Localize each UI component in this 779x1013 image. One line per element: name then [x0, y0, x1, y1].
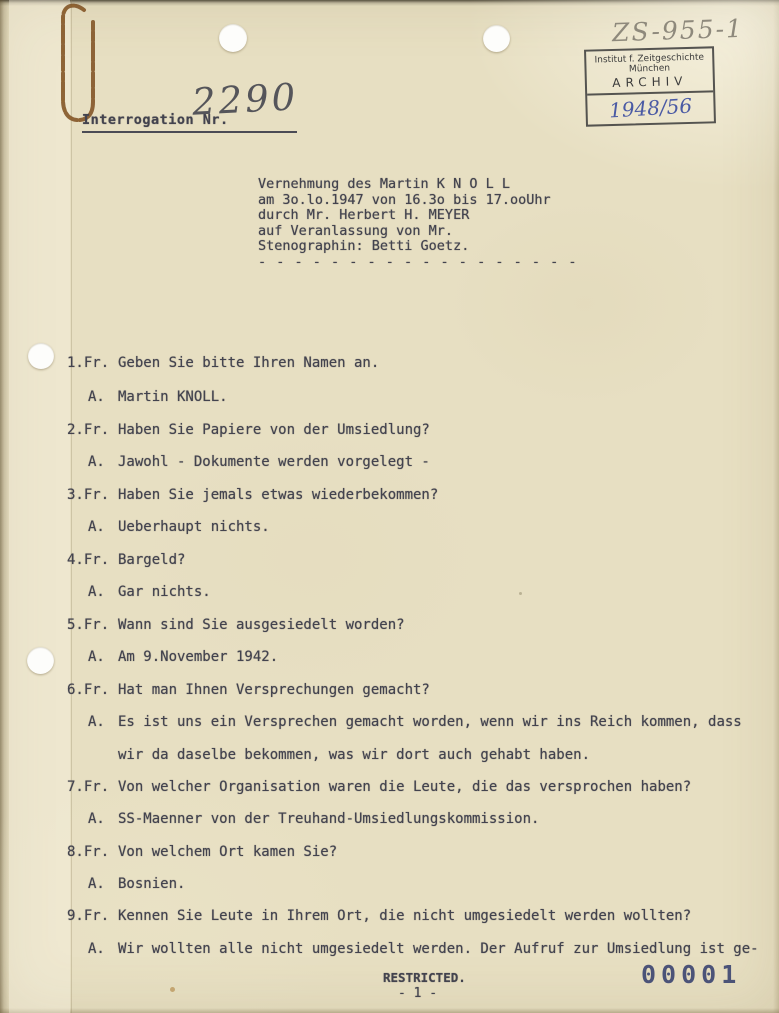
answer-label: A. [88, 941, 105, 957]
answer-label: A. [88, 389, 105, 405]
answer-label: A. [88, 649, 105, 665]
punch-hole-top-left [219, 24, 247, 52]
answer-line: A. Martin KNOLL. [0, 389, 779, 407]
question-text: Haben Sie jemals etwas wiederbekommen? [118, 487, 438, 503]
answer-label: A. [88, 714, 105, 730]
answer-line: A. Jawohl - Dokumente werden vorgelegt - [0, 454, 779, 472]
question-text: Wann sind Sie ausgesiedelt worden? [118, 617, 405, 633]
pencil-archive-code: ZS-955-1 [612, 14, 745, 48]
answer-text: Martin KNOLL. [118, 389, 228, 405]
answer-line: A. Am 9.November 1942. [0, 649, 779, 667]
header-line: Stenographin: Betti Goetz. [258, 239, 577, 255]
answer-line: A. SS-Maenner von der Treuhand-Umsiedlun… [0, 811, 779, 829]
archive-stamp: Institut f. Zeitgeschichte München ARCHI… [584, 46, 716, 126]
answer-label: A. [88, 811, 105, 827]
answer-line: A. Gar nichts. [0, 584, 779, 602]
question-line: 6.Fr. Hat man Ihnen Versprechungen gemac… [0, 682, 779, 700]
answer-continuation-line: wir da daselbe bekommen, was wir dort au… [0, 747, 779, 765]
answer-line: A. Wir wollten alle nicht umgesiedelt we… [0, 941, 779, 959]
header-line: Vernehmung des Martin K N O L L [258, 177, 577, 193]
header-separator: - - - - - - - - - - - - - - - - - - [258, 255, 577, 271]
scanned-document-page: ZS-955-1 Institut f. Zeitgeschichte Münc… [0, 0, 779, 1013]
question-number: 7.Fr. [67, 779, 109, 795]
question-number: 2.Fr. [67, 422, 109, 438]
question-number: 8.Fr. [67, 844, 109, 860]
header-block: Vernehmung des Martin K N O L L am 3o.lo… [258, 177, 577, 271]
bates-stamp-number: 00001 [641, 960, 741, 989]
answer-line: A. Bosnien. [0, 876, 779, 894]
paperclip-rust-mark [50, 0, 100, 128]
answer-text: wir da daselbe bekommen, was wir dort au… [118, 747, 590, 763]
question-text: Bargeld? [118, 552, 185, 568]
question-number: 9.Fr. [67, 908, 109, 924]
question-line: 3.Fr. Haben Sie jemals etwas wiederbekom… [0, 487, 779, 505]
question-number: 4.Fr. [67, 552, 109, 568]
answer-label: A. [88, 876, 105, 892]
answer-text: Es ist uns ein Versprechen gemacht worde… [118, 714, 742, 730]
question-line: 7.Fr. Von welcher Organisation waren die… [0, 779, 779, 797]
question-line: 4.Fr. Bargeld? [0, 552, 779, 570]
question-line: 5.Fr. Wann sind Sie ausgesiedelt worden? [0, 617, 779, 635]
question-number: 1.Fr. [67, 355, 109, 371]
stamp-handwritten-number: 1948/56 [587, 90, 715, 127]
header-line: durch Mr. Herbert H. MEYER [258, 208, 577, 224]
question-number: 3.Fr. [67, 487, 109, 503]
question-text: Von welcher Organisation waren die Leute… [118, 779, 691, 795]
answer-text: SS-Maenner von der Treuhand-Umsiedlungsk… [118, 811, 539, 827]
question-number: 6.Fr. [67, 682, 109, 698]
handwritten-interrogation-number: 2290 [191, 75, 299, 123]
answer-label: A. [88, 584, 105, 600]
question-line: 8.Fr. Von welchem Ort kamen Sie? [0, 844, 779, 862]
answer-text: Wir wollten alle nicht umgesiedelt werde… [118, 941, 759, 957]
paper-speckle [519, 592, 522, 595]
question-text: Kennen Sie Leute in Ihrem Ort, die nicht… [118, 908, 691, 924]
question-text: Von welchem Ort kamen Sie? [118, 844, 337, 860]
page-number: - 1 - [398, 986, 437, 1001]
paper-speckle [170, 987, 175, 992]
question-text: Haben Sie Papiere von der Umsiedlung? [118, 422, 430, 438]
answer-line: A. Ueberhaupt nichts. [0, 519, 779, 537]
answer-text: Am 9.November 1942. [118, 649, 278, 665]
answer-label: A. [88, 454, 105, 470]
answer-text: Jawohl - Dokumente werden vorgelegt - [118, 454, 430, 470]
answer-text: Gar nichts. [118, 584, 211, 600]
answer-text: Ueberhaupt nichts. [118, 519, 270, 535]
header-line: am 3o.lo.1947 von 16.3o bis 17.ooUhr [258, 193, 577, 209]
question-text: Geben Sie bitte Ihren Namen an. [118, 355, 379, 371]
question-number: 5.Fr. [67, 617, 109, 633]
question-line: 2.Fr. Haben Sie Papiere von der Umsiedlu… [0, 422, 779, 440]
answer-line: A. Es ist uns ein Versprechen gemacht wo… [0, 714, 779, 732]
punch-hole-top-right [483, 25, 510, 52]
question-text: Hat man Ihnen Versprechungen gemacht? [118, 682, 430, 698]
question-line: 9.Fr. Kennen Sie Leute in Ihrem Ort, die… [0, 908, 779, 926]
answer-label: A. [88, 519, 105, 535]
question-line: 1.Fr. Geben Sie bitte Ihren Namen an. [0, 355, 779, 373]
answer-text: Bosnien. [118, 876, 185, 892]
classification-marking: RESTRICTED. [383, 970, 466, 985]
